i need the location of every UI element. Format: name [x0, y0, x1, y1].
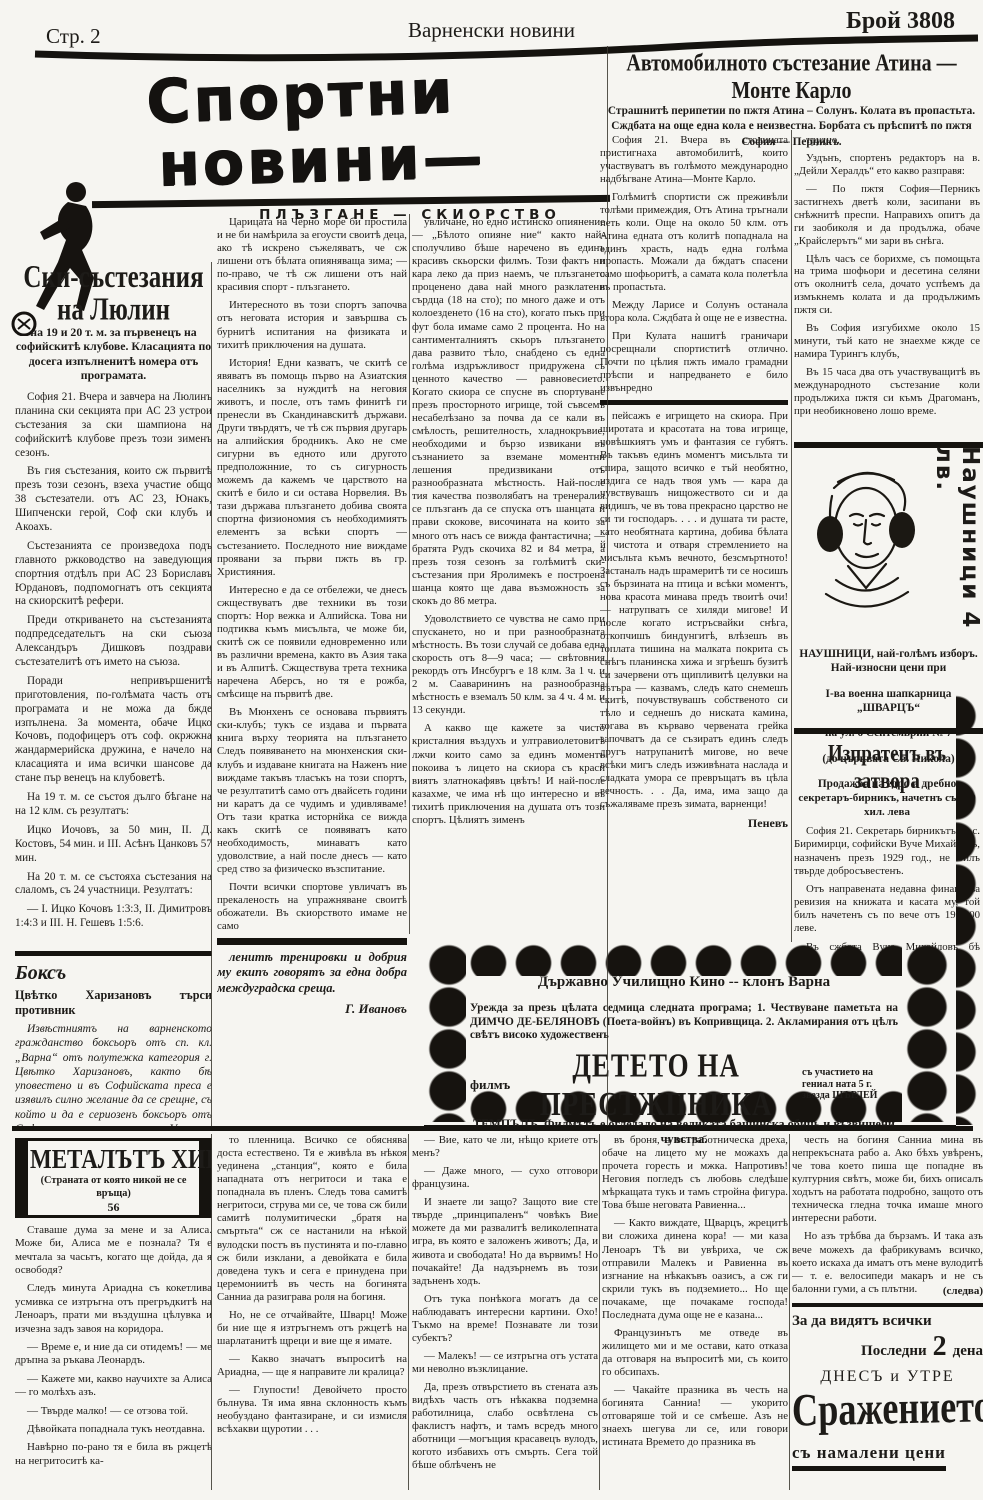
issue-number: Брой 3808 — [846, 8, 955, 35]
paragraph: София 21. Секретарь бирникътъ на с. Бири… — [794, 825, 980, 878]
paragraph: увличане, но едно истинско опиянение — „… — [412, 216, 605, 608]
boxing-signature: Г. Ивановъ — [217, 1001, 407, 1017]
paragraph: Царицата на Черно море би простила и не … — [217, 216, 407, 294]
cinema-film-row: филмъ ДЕТЕТО НА ПРЕСТЖПНИКА съ участието… — [470, 1054, 898, 1116]
serial-episode: 56 — [30, 1200, 197, 1215]
paragraph: то пленница. Всичко се обяснява доста ес… — [217, 1134, 407, 1304]
paragraph: Урежда за презь цѣлата седмица следната … — [470, 1002, 898, 1042]
battle-line2-num: 2 — [933, 1330, 947, 1364]
paragraph: На 19 т. м. се състоя дълго бѣгане на на… — [15, 791, 212, 819]
serial-body-C: — Вие, като че ли, нѣщо криете отъ менъ?… — [412, 1134, 598, 1473]
serial-colE: честь на богиня Санниа мина въ непрекъсн… — [792, 1134, 983, 1500]
column-rule — [211, 262, 212, 1126]
serial-body-A: Ставаше дума за мене и за Алиса. Може би… — [15, 1224, 212, 1469]
ad-border-left-dots — [424, 944, 466, 1122]
auto-race-col4: трудно.Уздънъ, спортенъ редакторъ на в. … — [794, 134, 980, 440]
ad-border-right-dots — [902, 944, 956, 1122]
paragraph: Навѣрно по-рано тя е била въ ржцетѣ на н… — [15, 1441, 212, 1468]
paragraph: Въ Мюнхенъ се основава първиятъ ски-клуб… — [217, 706, 407, 876]
serial-title-box: МЕТАЛЪТЪ ХИКСЪ (Страната от която никой … — [15, 1138, 212, 1218]
film-word: филмъ — [470, 1077, 510, 1093]
paragraph: — Вие, като че ли, нѣщо криете отъ менъ? — [412, 1134, 598, 1160]
article-body: София 21. Вчера и завчера на Люлинъ план… — [15, 391, 212, 931]
battle-ad: За да видятъ всички Последни 2 дена ДНЕС… — [792, 1312, 983, 1471]
paragraph: Преди откриването на състезанията подпре… — [15, 614, 212, 670]
column-rule — [789, 1134, 790, 1490]
paragraph: История! Едни казватъ, че скитѣ се явява… — [217, 357, 407, 579]
paragraph: Въ гия състезания, които сж първитѣ през… — [15, 465, 212, 534]
paragraph: — Чакайте празника въ честь на богинята … — [602, 1384, 788, 1449]
paragraph: Извѣстниятъ на варненското гражданство б… — [15, 1022, 212, 1126]
auto-race-headline: Автомобилното състезание Атина — Монте К… — [600, 50, 983, 105]
battle-line4: съ намалени цени — [792, 1443, 946, 1471]
column-rule — [211, 1134, 212, 1490]
ski-article-col1: Царицата на Черно море би простила и не … — [217, 216, 407, 1128]
ski-article-col2: увличане, но едно истинско опиянение — „… — [412, 216, 605, 932]
paragraph: — Кажете ми, какво научихте за Алиса — г… — [15, 1373, 212, 1400]
earmuffs-vertical-label: Наушници 4 лв. — [931, 446, 983, 662]
divider-rule — [600, 400, 788, 405]
paragraph: Въ 15 часа два отъ участвуващитѣ въ межд… — [794, 366, 980, 418]
paragraph: И знаете ли защо? Защото вие сте твърде … — [412, 1196, 598, 1287]
paragraph: Ицко Иочовъ, за 50 мин, II. Д. Костовъ, … — [15, 824, 212, 866]
auto-race-body: София 21. Вчера въ столицата пристигнаха… — [600, 134, 788, 395]
boxing-heading: Боксъ — [15, 961, 212, 986]
battle-title: Сражението — [792, 1381, 980, 1441]
auto-race-col3: София 21. Вчера въ столицата пристигнаха… — [600, 134, 788, 992]
paragraph: Въ София изгубихме около 15 минути, тъй … — [794, 322, 980, 361]
serial-colC: — Вие, като че ли, нѣщо криете отъ менъ?… — [412, 1134, 598, 1496]
paragraph: Ставаше дума за мене и за Алиса. Може би… — [15, 1224, 212, 1278]
serial-colB: то пленница. Всичко се обяснява доста ес… — [217, 1134, 407, 1496]
section-divider-rule — [12, 1126, 973, 1131]
paragraph: Поради непривършенитѣ приготовления, по-… — [15, 675, 212, 786]
article-ski-lyulin: Ски-състезания на Люлин на 19 и 20 т. м.… — [15, 262, 212, 948]
paragraph: Почти всички спортове увличатъ въ прекал… — [217, 881, 407, 933]
battle-line2: Последни 2 дена — [792, 1330, 983, 1364]
paragraph: Да, презъ отвърстието въ стената азъ вид… — [412, 1381, 598, 1472]
article-boxing: Боксъ Цвѣтко Харизановъ търси противник … — [15, 946, 212, 1126]
paragraph: Дѣвойката попаднала тукъ неотдавна. — [15, 1423, 212, 1436]
film-side-note: съ участието на гениал ната 5 г. звезда … — [802, 1067, 898, 1102]
ski-article-continuation: пейсажъ е игрището на скиора. При широта… — [600, 410, 788, 811]
prison-body: София 21. Секретарь бирникътъ на с. Бири… — [794, 825, 980, 954]
divider-rule — [217, 938, 407, 945]
paragraph: ленитѣ тренировки и добрия му екипъ гово… — [217, 950, 407, 995]
paragraph: А какво ще кажете за чисто кристалния въ… — [412, 722, 605, 827]
paragraph: — Време е, и ние да си отидемъ! — ме дръ… — [15, 1341, 212, 1368]
ad-border-top-dots — [466, 944, 902, 976]
battle-line1: За да видятъ всички — [792, 1312, 983, 1330]
film-title: ДЕТЕТО НА ПРЕСТЖПНИКА — [514, 1046, 798, 1124]
column-rule — [599, 1134, 600, 1490]
paragraph: — Какво значатъ въпроситѣ на Ариадна, — … — [217, 1353, 407, 1379]
paragraph: честь на богиня Санниа мина въ непрекъсн… — [792, 1134, 983, 1225]
paragraph: Удоволствието се чувства не само при спу… — [412, 613, 605, 718]
paragraph: I-ва военна шапкарница „ШВАРЦЪ“ — [794, 687, 983, 715]
column-rule — [408, 1134, 409, 1490]
paragraph: Голѣмитѣ спортисти сж преживѣли толѣми п… — [600, 191, 788, 295]
paragraph: пейсажъ е игрището на скиора. При широта… — [600, 410, 788, 811]
battle-line2-post: дена — [953, 1342, 983, 1360]
auto-race-body-2: трудно.Уздънъ, спортенъ редакторъ на в. … — [794, 134, 980, 418]
divider-rule — [15, 951, 212, 956]
serial-body-D: въ броня, а въ работническа дреха, обаче… — [602, 1134, 788, 1449]
paragraph: Интересното въ този спортъ започва отъ н… — [217, 299, 407, 351]
column-rule — [791, 130, 792, 942]
earmuffs-ad: Наушници 4 лв. НАУШНИЦИ, най-голѣмъ избо… — [794, 442, 983, 734]
cinema-title: Държавно Училищно Кино -- клонъ Варна — [470, 974, 898, 991]
paragraph: Състезанията се произведоха подъ главнот… — [15, 540, 212, 609]
paragraph: София 21. Вчера и завчера на Люлинъ план… — [15, 391, 212, 460]
paragraph: София 21. Вчера въ столицата пристигнаха… — [600, 134, 788, 186]
paragraph: При Кулата нашитѣ граничари посрещнали с… — [600, 330, 788, 395]
ad-bottom-bar — [794, 728, 983, 734]
paragraph: Но, не се отчайвайте, Шварц! Може би ние… — [217, 1309, 407, 1348]
divider-rule — [792, 1303, 983, 1307]
boxing-closing: ленитѣ тренировки и добрия му екипъ гово… — [217, 950, 407, 995]
article-deck: на 19 и 20 т. м. за първенецъ на софийск… — [15, 325, 212, 384]
paragraph: На 20 т. м. се състояха състезания на сл… — [15, 871, 212, 899]
paragraph: Отъ тука понѣкога могатъ да се наблюдава… — [412, 1293, 598, 1345]
paragraph: — Глупости! Девойчето просто бълнува. Тя… — [217, 1384, 407, 1436]
paragraph: — Даже много, — сухо отговори французина… — [412, 1165, 598, 1191]
newspaper-page: Стр. 2 Варненски новини Брой 3808 Спортн… — [0, 0, 983, 1500]
serial-colD: въ броня, а въ работническа дреха, обаче… — [602, 1134, 788, 1496]
serial-title: МЕТАЛЪТЪ ХИКСЪ — [30, 1143, 197, 1177]
paragraph: — По пжтя София—Перникъ застигнехъ дветѣ… — [794, 183, 980, 248]
right-edge-dots — [956, 695, 983, 1125]
paragraph: Уздънъ, спортенъ редакторъ на в. „Дейли … — [794, 152, 980, 178]
prison-headline: Изпратенъ въ затвора — [794, 740, 980, 796]
serial-subtitle: (Страната от която никой не се връща) — [30, 1175, 197, 1200]
paragraph: Между Ларисе и Солунъ останала втора кол… — [600, 299, 788, 325]
ski-article-signature: Пеневъ — [600, 816, 788, 831]
serial-body-B: то пленница. Всичко се обяснява доста ес… — [217, 1134, 407, 1436]
serial-colA: МЕТАЛЪТЪ ХИКСЪ (Страната от която никой … — [15, 1138, 212, 1492]
paragraph: — I. Ицко Кочовъ 1:3:3, II. Димитровъ 1:… — [15, 903, 212, 931]
paragraph: — Твърде малко! — се отзова той. — [15, 1405, 212, 1418]
cinema-program: Урежда за презь цѣлата седмица следната … — [470, 1002, 898, 1042]
paragraph: НАУШНИЦИ, най-голѣмъ изборъ. Най-износни… — [794, 647, 983, 675]
ski-article-col1-body: Царицата на Черно море би простила и не … — [217, 216, 407, 933]
paragraph: Отъ направената недавна финансова ревизи… — [794, 883, 980, 936]
battle-line2-pre: Последни — [861, 1342, 927, 1360]
article-prison: Изпратенъ въ затвора секретаръ-бирникъ, … — [794, 740, 980, 954]
paragraph: — Както виждате, Щварцъ, жрецитѣ ви слож… — [602, 1217, 788, 1322]
earmuffs-portrait-sketch — [796, 454, 934, 632]
ski-article-col2-body: увличане, но едно истинско опиянение — „… — [412, 216, 605, 827]
paragraph: Следъ минута Ариадна съ кокетлива усмивк… — [15, 1282, 212, 1336]
paragraph: въ броня, а въ работническа дреха, обаче… — [602, 1134, 788, 1212]
column-rule — [409, 214, 410, 934]
paragraph: Интересно е да се отбележи, че днесъ сжщ… — [217, 584, 407, 702]
cinema-ad-content: Държавно Училищно Кино -- клонъ Варна Ур… — [470, 974, 898, 1088]
paragraph: Французинътъ ме отведе въ жилището ми и … — [602, 1327, 788, 1379]
column-rule — [607, 46, 608, 1126]
masthead-line2: новини— — [157, 122, 486, 201]
paragraph: — Малекъ! — се изтръгна отъ устата ми не… — [412, 1350, 598, 1376]
prison-deck: секретаръ-бирникъ, начетнъ съ 190 хил. л… — [794, 792, 980, 819]
paragraph: трудно. — [794, 134, 980, 147]
boxing-body: Извѣстниятъ на варненското гражданство б… — [15, 1022, 212, 1126]
serial-body-E: честь на богиня Санниа мина въ непрекъсн… — [792, 1134, 983, 1296]
article-headline: Ски-състезания на Люлин — [15, 262, 212, 328]
cinema-ad: Държавно Училищно Кино -- клонъ Варна Ур… — [424, 944, 956, 1130]
boxing-subhead: Цвѣтко Харизановъ търси противник — [15, 988, 212, 1018]
paragraph: Цѣлъ часъ се борихме, съ помощьта на три… — [794, 253, 980, 318]
